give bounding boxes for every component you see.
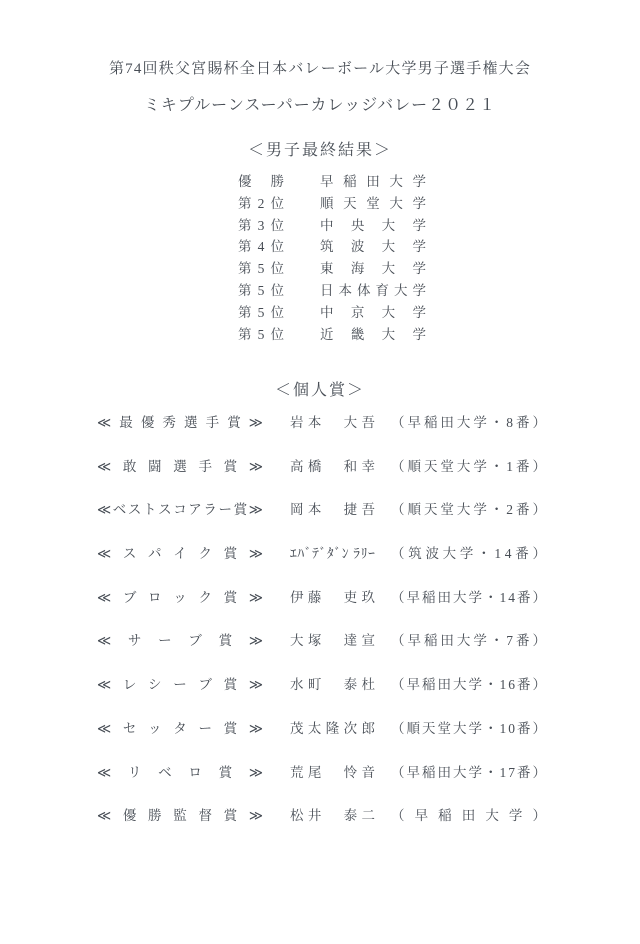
result-team: 中京大学 bbox=[320, 302, 426, 324]
result-row: 第5位 東海大学 bbox=[238, 258, 426, 280]
result-rank: 第4位 bbox=[238, 236, 284, 258]
award-gap bbox=[263, 721, 290, 760]
result-gap bbox=[284, 302, 320, 324]
award-row: ≪優勝監督賞≫ 松井 泰二 （早稲田大学） bbox=[97, 803, 546, 847]
award-name-label: ≪サーブ賞≫ bbox=[97, 633, 263, 672]
award-gap bbox=[263, 415, 290, 454]
award-gap bbox=[375, 765, 391, 804]
award-gap bbox=[263, 590, 290, 629]
award-gap bbox=[263, 502, 290, 541]
winner-name: 岩本 大吾 bbox=[290, 415, 375, 454]
winner-affiliation: （筑波大学・14番） bbox=[391, 546, 546, 585]
result-team: 早稲田大学 bbox=[320, 171, 426, 193]
award-gap bbox=[375, 808, 391, 847]
award-row: ≪セッター賞≫ 茂太隆次郎 （順天堂大学・10番） bbox=[97, 716, 546, 760]
award-name-label: ≪セッター賞≫ bbox=[97, 721, 263, 760]
winner-name: 茂太隆次郎 bbox=[290, 721, 375, 760]
award-name-label: ≪最優秀選手賞≫ bbox=[97, 415, 263, 454]
result-team: 順天堂大学 bbox=[320, 193, 426, 215]
award-name-label: ≪敢闘選手賞≫ bbox=[97, 459, 263, 498]
result-row: 第3位 中央大学 bbox=[238, 215, 426, 237]
result-team: 日本体育大学 bbox=[320, 280, 426, 302]
result-rank: 優勝 bbox=[238, 171, 284, 193]
result-gap bbox=[284, 258, 320, 280]
result-row: 第5位 中京大学 bbox=[238, 302, 426, 324]
award-gap bbox=[263, 459, 290, 498]
result-row: 第2位 順天堂大学 bbox=[238, 193, 426, 215]
award-row: ≪スパイク賞≫ ｴﾊﾞﾃﾞﾀﾞﾝ ﾗﾘｰ （筑波大学・14番） bbox=[97, 541, 546, 585]
individual-awards-heading: ＜個人賞＞ bbox=[0, 377, 640, 400]
winner-name: 岡本 捷吾 bbox=[290, 502, 375, 541]
winner-affiliation: （順天堂大学・10番） bbox=[391, 721, 546, 760]
award-gap bbox=[263, 633, 290, 672]
result-row: 第5位 日本体育大学 bbox=[238, 280, 426, 302]
winner-name: 水町 泰杜 bbox=[290, 677, 375, 716]
winner-name: 伊藤 吏玖 bbox=[290, 590, 375, 629]
winner-affiliation: （順天堂大学・1番） bbox=[391, 459, 546, 498]
result-rank: 第5位 bbox=[238, 258, 284, 280]
award-row: ≪レシーブ賞≫ 水町 泰杜 （早稲田大学・16番） bbox=[97, 672, 546, 716]
result-gap bbox=[284, 215, 320, 237]
winner-affiliation: （早稲田大学・7番） bbox=[391, 633, 546, 672]
award-row: ≪最優秀選手賞≫ 岩本 大吾 （早稲田大学・8番） bbox=[97, 410, 546, 454]
award-name-label: ≪スパイク賞≫ bbox=[97, 546, 263, 585]
result-gap bbox=[284, 280, 320, 302]
winner-affiliation: （順天堂大学・2番） bbox=[391, 502, 546, 541]
result-team: 筑波大学 bbox=[320, 236, 426, 258]
award-gap bbox=[263, 765, 290, 804]
award-name-label: ≪優勝監督賞≫ bbox=[97, 808, 263, 847]
award-gap bbox=[263, 677, 290, 716]
award-gap bbox=[375, 590, 391, 629]
individual-awards-list: ≪最優秀選手賞≫ 岩本 大吾 （早稲田大学・8番） ≪敢闘選手賞≫ 高橋 和幸 … bbox=[97, 410, 546, 847]
result-gap bbox=[284, 236, 320, 258]
winner-affiliation: （早稲田大学・17番） bbox=[391, 765, 546, 804]
winner-affiliation: （早稲田大学） bbox=[391, 808, 546, 847]
result-row: 第4位 筑波大学 bbox=[238, 236, 426, 258]
award-gap bbox=[375, 459, 391, 498]
award-row: ≪ブロック賞≫ 伊藤 吏玖 （早稲田大学・14番） bbox=[97, 585, 546, 629]
award-gap bbox=[375, 633, 391, 672]
award-name-label: ≪レシーブ賞≫ bbox=[97, 677, 263, 716]
winner-name: 荒尾 怜音 bbox=[290, 765, 375, 804]
result-gap bbox=[284, 171, 320, 193]
winner-name: ｴﾊﾞﾃﾞﾀﾞﾝ ﾗﾘｰ bbox=[290, 546, 375, 585]
result-row: 優勝 早稲田大学 bbox=[238, 171, 426, 193]
award-gap bbox=[263, 546, 290, 585]
winner-name: 大塚 達宣 bbox=[290, 633, 375, 672]
mens-final-results-heading: ＜男子最終結果＞ bbox=[0, 137, 640, 160]
result-team: 中央大学 bbox=[320, 215, 426, 237]
award-row: ≪サーブ賞≫ 大塚 達宣 （早稲田大学・7番） bbox=[97, 628, 546, 672]
winner-affiliation: （早稲田大学・14番） bbox=[391, 590, 546, 629]
final-results-list: 優勝 早稲田大学 第2位 順天堂大学 第3位 中央大学 第4位 筑波大学 bbox=[238, 171, 426, 345]
tournament-title: 第74回秩父宮賜杯全日本バレーボール大学男子選手権大会 bbox=[0, 57, 640, 78]
award-name-label: ≪ベストスコアラー賞≫ bbox=[97, 502, 263, 541]
winner-affiliation: （早稲田大学・16番） bbox=[391, 677, 546, 716]
event-subtitle: ミキプルーンスーパーカレッジバレー２０２１ bbox=[0, 92, 640, 115]
result-rank: 第3位 bbox=[238, 215, 284, 237]
award-name-label: ≪リベロ賞≫ bbox=[97, 765, 263, 804]
result-rank: 第2位 bbox=[238, 193, 284, 215]
award-gap bbox=[375, 546, 391, 585]
winner-name: 松井 泰二 bbox=[290, 808, 375, 847]
award-gap bbox=[263, 808, 290, 847]
result-row: 第5位 近畿大学 bbox=[238, 324, 426, 346]
award-gap bbox=[375, 721, 391, 760]
result-rank: 第5位 bbox=[238, 324, 284, 346]
result-team: 近畿大学 bbox=[320, 324, 426, 346]
document-page: 第74回秩父宮賜杯全日本バレーボール大学男子選手権大会 ミキプルーンスーパーカレ… bbox=[0, 0, 640, 944]
result-team: 東海大学 bbox=[320, 258, 426, 280]
award-gap bbox=[375, 502, 391, 541]
winner-affiliation: （早稲田大学・8番） bbox=[391, 415, 546, 454]
result-gap bbox=[284, 324, 320, 346]
result-rank: 第5位 bbox=[238, 280, 284, 302]
award-row: ≪ベストスコアラー賞≫ 岡本 捷吾 （順天堂大学・2番） bbox=[97, 497, 546, 541]
winner-name: 高橋 和幸 bbox=[290, 459, 375, 498]
award-row: ≪リベロ賞≫ 荒尾 怜音 （早稲田大学・17番） bbox=[97, 760, 546, 804]
award-gap bbox=[375, 415, 391, 454]
result-gap bbox=[284, 193, 320, 215]
award-name-label: ≪ブロック賞≫ bbox=[97, 590, 263, 629]
result-rank: 第5位 bbox=[238, 302, 284, 324]
award-row: ≪敢闘選手賞≫ 高橋 和幸 （順天堂大学・1番） bbox=[97, 454, 546, 498]
award-gap bbox=[375, 677, 391, 716]
